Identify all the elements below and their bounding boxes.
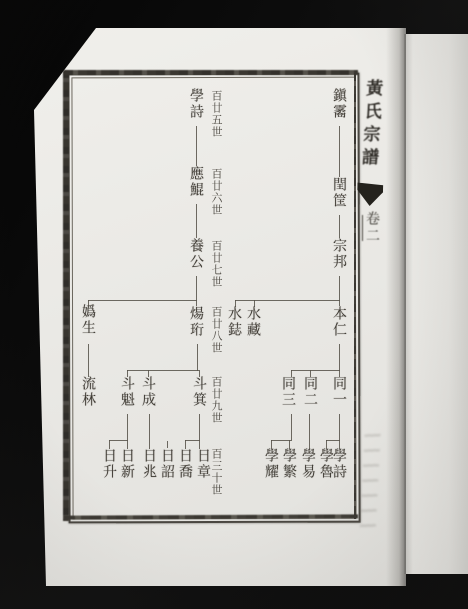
person-name: 同二 <box>302 376 318 408</box>
connector-line <box>309 414 310 449</box>
person-name: 日升 <box>101 448 117 480</box>
person-name: 斗魁 <box>119 376 135 408</box>
connector-line <box>196 126 197 166</box>
person-name: 閏筐 <box>331 177 347 209</box>
person-name: 學魯 <box>318 448 334 480</box>
connector-line <box>127 414 128 440</box>
connector-line <box>339 276 340 306</box>
connector-line <box>199 414 200 440</box>
connector-line <box>291 414 292 440</box>
person-name: 斗成 <box>140 376 156 408</box>
connector-line <box>196 204 197 238</box>
connector-line <box>339 215 340 238</box>
connector-line <box>339 126 340 177</box>
generation-label: 百三十世 <box>209 448 223 496</box>
person-name: 宗邦 <box>331 238 347 270</box>
connector-line <box>326 440 340 441</box>
person-name: 日兆 <box>141 448 157 480</box>
connector-line <box>167 441 168 448</box>
connector-line <box>185 440 200 441</box>
person-name: 本仁 <box>331 306 347 338</box>
person-name: 流林 <box>80 376 96 408</box>
connector-line <box>196 276 197 306</box>
connector-line <box>88 344 89 377</box>
generation-label: 百廿七世 <box>209 240 223 288</box>
person-name: 養公 <box>188 238 204 270</box>
person-name: 日新 <box>119 448 135 480</box>
person-name: 日詔 <box>159 448 175 480</box>
person-name: 日喬 <box>177 448 193 480</box>
person-name: 學易 <box>300 448 316 480</box>
scanned-genealogy-page: 黃氏宗譜 卷二 鎭霱閏筐宗邦本仁水藏水鋕同一同二同三學詩學魯學易學繁學耀學詩應鯤… <box>0 0 468 609</box>
connector-line <box>149 414 150 449</box>
connector-line <box>339 344 340 371</box>
person-name: 水藏 <box>245 306 261 338</box>
person-name: 斗箕 <box>191 376 207 408</box>
connector-line <box>339 414 340 440</box>
connector-line <box>235 300 340 301</box>
generation-label: 百廿八世 <box>209 306 223 354</box>
person-name: 學詩 <box>188 88 204 120</box>
generation-label: 百廿五世 <box>209 90 223 138</box>
person-name: 水鋕 <box>226 306 242 338</box>
person-name: 學耀 <box>263 448 279 480</box>
person-name: 應鯤 <box>188 166 204 198</box>
person-name: 鎭霱 <box>331 88 347 120</box>
person-name: 同一 <box>331 376 347 408</box>
connector-line <box>88 300 197 301</box>
generation-label: 百廿六世 <box>209 168 223 216</box>
person-name: 同三 <box>280 376 296 408</box>
person-name: 煬珩 <box>188 306 204 338</box>
connector-line <box>127 370 199 371</box>
person-name: 嬀生 <box>80 304 96 336</box>
person-name: 學繁 <box>281 448 297 480</box>
connector-line <box>197 344 198 371</box>
page-fold-shadow <box>386 28 406 586</box>
connector-line <box>109 440 128 441</box>
connector-line <box>291 370 340 371</box>
generation-label: 百廿九世 <box>209 376 223 424</box>
